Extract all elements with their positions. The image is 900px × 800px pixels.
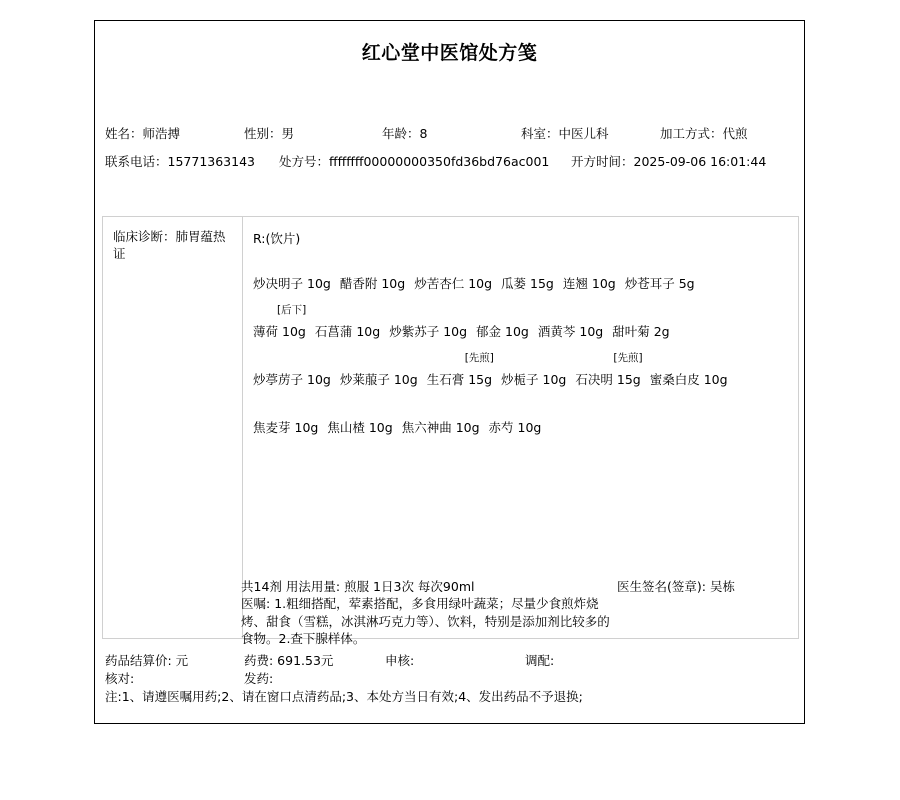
prescription-cell: R:(饮片) 炒决明子 10g醋香附 10g炒苦杏仁 10g瓜蒌 15g连翘 1…	[243, 217, 798, 638]
patient-gender: 性别：男	[244, 124, 294, 142]
herb-name: 炒决明子	[253, 276, 303, 291]
herb-item: 蜜桑白皮 10g	[650, 370, 728, 388]
herb-item: 炒苍耳子 5g	[625, 274, 695, 292]
herb-item: [先煎]石决明 15g	[575, 370, 640, 388]
herb-name: 薄荷	[253, 324, 278, 339]
herb-dose: 10g	[307, 372, 331, 387]
herb-dose: 10g	[443, 324, 467, 339]
herb-item: 焦山楂 10g	[327, 418, 392, 436]
herb-dose: 10g	[369, 420, 393, 435]
herb-item: 瓜蒌 15g	[501, 274, 554, 292]
herb-item: 炒莱菔子 10g	[340, 370, 418, 388]
herb-note: [先煎]	[613, 350, 642, 365]
herb-name: 赤芍	[489, 420, 514, 435]
review-field: 申核:	[385, 651, 414, 669]
herb-item: 甜叶菊 2g	[612, 322, 669, 340]
herb-name: 酒黄芩	[538, 324, 576, 339]
herb-note: [后下]	[277, 302, 306, 317]
herb-name: 焦六神曲	[402, 420, 452, 435]
herb-item: 焦麦芽 10g	[253, 418, 318, 436]
phone: 联系电话：15771363143	[105, 152, 255, 170]
herb-item: 炒苦杏仁 10g	[414, 274, 492, 292]
page-title: 红心堂中医馆处方笺	[95, 38, 804, 65]
herb-dose: 10g	[518, 420, 542, 435]
medical-advice: 医嘱: 1.粗细搭配，荤素搭配，多食用绿叶蔬菜；尽量少食煎炸烧烤、甜食（雪糕，冰…	[241, 595, 619, 648]
herb-name: 炒紫苏子	[389, 324, 439, 339]
herb-dose: 10g	[579, 324, 603, 339]
processing-method: 加工方式：代煎	[660, 124, 748, 142]
herb-item: 赤芍 10g	[489, 418, 542, 436]
herb-item: 石菖蒲 10g	[315, 322, 380, 340]
prescription-number: 处方号：ffffffff00000000350fd36bd76ac001	[279, 152, 549, 170]
herb-name: 瓜蒌	[501, 276, 526, 291]
herb-dose: 2g	[654, 324, 670, 339]
doctor-signature: 医生签名(签章): 吴栋	[617, 577, 735, 595]
herb-line: [后下]薄荷 10g石菖蒲 10g炒紫苏子 10g郁金 10g酒黄芩 10g甜叶…	[253, 322, 679, 340]
usage-dosage: 共14剂 用法用量: 煎服 1日3次 每次90ml	[241, 577, 474, 595]
herb-dose: 10g	[295, 420, 319, 435]
herb-note: [先煎]	[465, 350, 494, 365]
herb-item: [后下]薄荷 10g	[253, 322, 306, 340]
herb-line: 炒葶苈子 10g炒莱菔子 10g[先煎]生石膏 15g炒栀子 10g[先煎]石决…	[253, 370, 737, 388]
herb-dose: 10g	[456, 420, 480, 435]
herb-dose: 10g	[592, 276, 616, 291]
footer-note: 注:1、请遵医嘱用药;2、请在窗口点清药品;3、本处方当日有效;4、发出药品不予…	[105, 687, 583, 705]
herb-name: 焦麦芽	[253, 420, 291, 435]
herb-item: 连翘 10g	[563, 274, 616, 292]
herb-item: 酒黄芩 10g	[538, 322, 603, 340]
herb-name: 石菖蒲	[315, 324, 353, 339]
dispense-field: 调配:	[525, 651, 554, 669]
prescription-table: 临床诊断：肺胃蕴热证 R:(饮片) 炒决明子 10g醋香附 10g炒苦杏仁 10…	[102, 216, 799, 639]
rx-label: R:(饮片)	[253, 229, 300, 247]
herb-dose: 15g	[530, 276, 554, 291]
herb-name: 炒莱菔子	[340, 372, 390, 387]
herb-line: 焦麦芽 10g焦山楂 10g焦六神曲 10g赤芍 10g	[253, 418, 550, 436]
herb-name: 连翘	[563, 276, 588, 291]
settle-price: 药品结算价: 元	[105, 651, 188, 669]
herb-dose: 10g	[704, 372, 728, 387]
herb-line: 炒决明子 10g醋香附 10g炒苦杏仁 10g瓜蒌 15g连翘 10g炒苍耳子 …	[253, 274, 704, 292]
herb-name: 郁金	[476, 324, 501, 339]
herb-item: 炒决明子 10g	[253, 274, 331, 292]
herb-item: 炒栀子 10g	[501, 370, 566, 388]
prescription-sheet: 红心堂中医馆处方笺 姓名：师浩搏 性别：男 年龄：8 科室：中医儿科 加工方式：…	[94, 20, 805, 724]
herb-item: 郁金 10g	[476, 322, 529, 340]
department: 科室：中医儿科	[521, 124, 609, 142]
patient-name: 姓名：师浩搏	[105, 124, 180, 142]
herb-dose: 10g	[543, 372, 567, 387]
herb-dose: 15g	[468, 372, 492, 387]
herb-dose: 10g	[394, 372, 418, 387]
herb-dose: 5g	[679, 276, 695, 291]
herb-dose: 10g	[307, 276, 331, 291]
herb-name: 炒葶苈子	[253, 372, 303, 387]
herb-name: 炒苦杏仁	[414, 276, 464, 291]
herb-item: 醋香附 10g	[340, 274, 405, 292]
patient-age: 年龄：8	[382, 124, 427, 142]
herb-name: 甜叶菊	[612, 324, 650, 339]
herb-name: 生石膏	[427, 372, 465, 387]
herb-name: 蜜桑白皮	[650, 372, 700, 387]
herb-dose: 10g	[468, 276, 492, 291]
herb-name: 石决明	[575, 372, 613, 387]
herb-dose: 10g	[505, 324, 529, 339]
herb-item: 炒紫苏子 10g	[389, 322, 467, 340]
issue-field: 发药:	[244, 669, 273, 687]
herb-dose: 15g	[617, 372, 641, 387]
herb-name: 炒苍耳子	[625, 276, 675, 291]
herb-name: 炒栀子	[501, 372, 539, 387]
herb-name: 焦山楂	[327, 420, 365, 435]
diagnosis-cell: 临床诊断：肺胃蕴热证	[103, 217, 243, 638]
herb-dose: 10g	[282, 324, 306, 339]
drug-fee: 药费: 691.53元	[244, 651, 333, 669]
check-field: 核对:	[105, 669, 134, 687]
herb-item: 炒葶苈子 10g	[253, 370, 331, 388]
herb-dose: 10g	[356, 324, 380, 339]
herb-item: [先煎]生石膏 15g	[427, 370, 492, 388]
herb-dose: 10g	[381, 276, 405, 291]
herb-item: 焦六神曲 10g	[402, 418, 480, 436]
diagnosis: 临床诊断：肺胃蕴热证	[113, 228, 238, 262]
prescription-time: 开方时间：2025-09-06 16:01:44	[571, 152, 766, 170]
herb-name: 醋香附	[340, 276, 378, 291]
